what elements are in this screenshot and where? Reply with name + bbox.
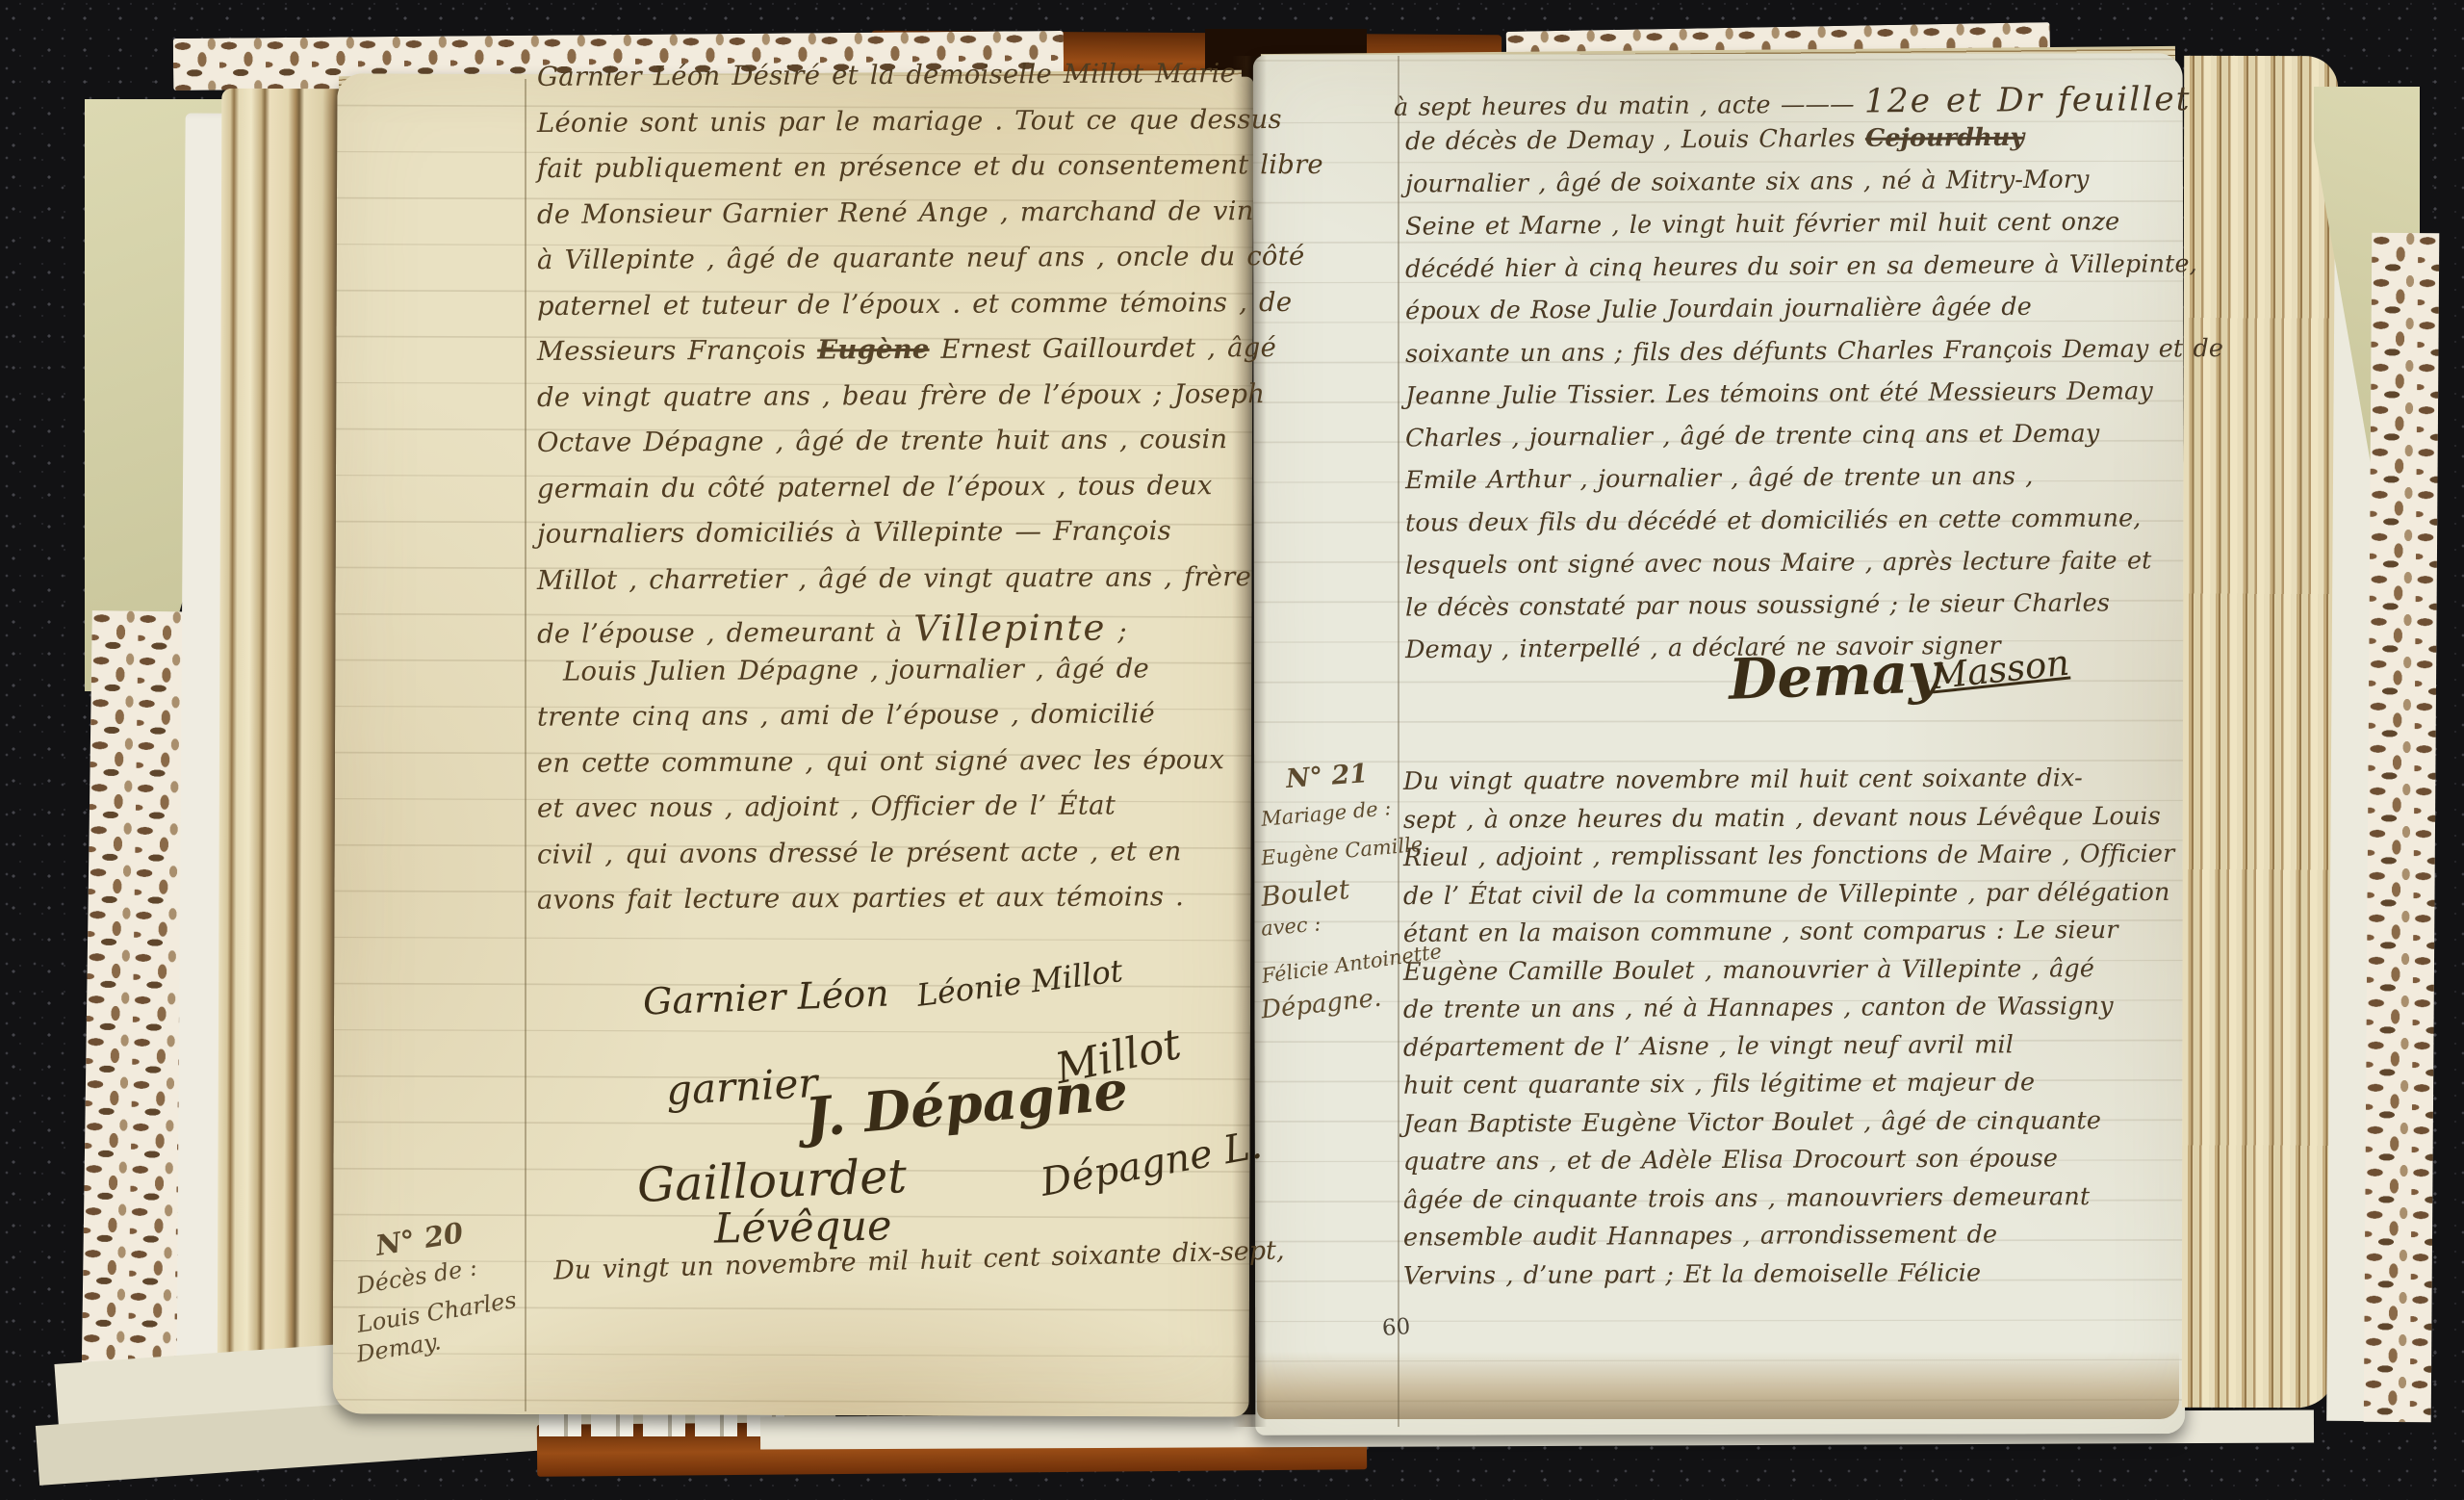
right-page-edges-stack [2182, 56, 2338, 1408]
folio-number: 60 [1381, 1314, 1411, 1341]
marbled-cover-right [2364, 233, 2440, 1422]
left-page-edges-stack [218, 89, 346, 1409]
gutter-shadow [1232, 56, 1267, 1427]
right-page [1253, 53, 2186, 1435]
left-page-margin-rule [525, 79, 526, 1411]
archival-register-photo: Garnier Léon Désiré et la demoiselle Mil… [0, 0, 2464, 1500]
right-page-bottom-stain [1257, 1352, 2179, 1419]
right-page-margin-rule [1398, 56, 1399, 1427]
left-page [333, 73, 1254, 1416]
